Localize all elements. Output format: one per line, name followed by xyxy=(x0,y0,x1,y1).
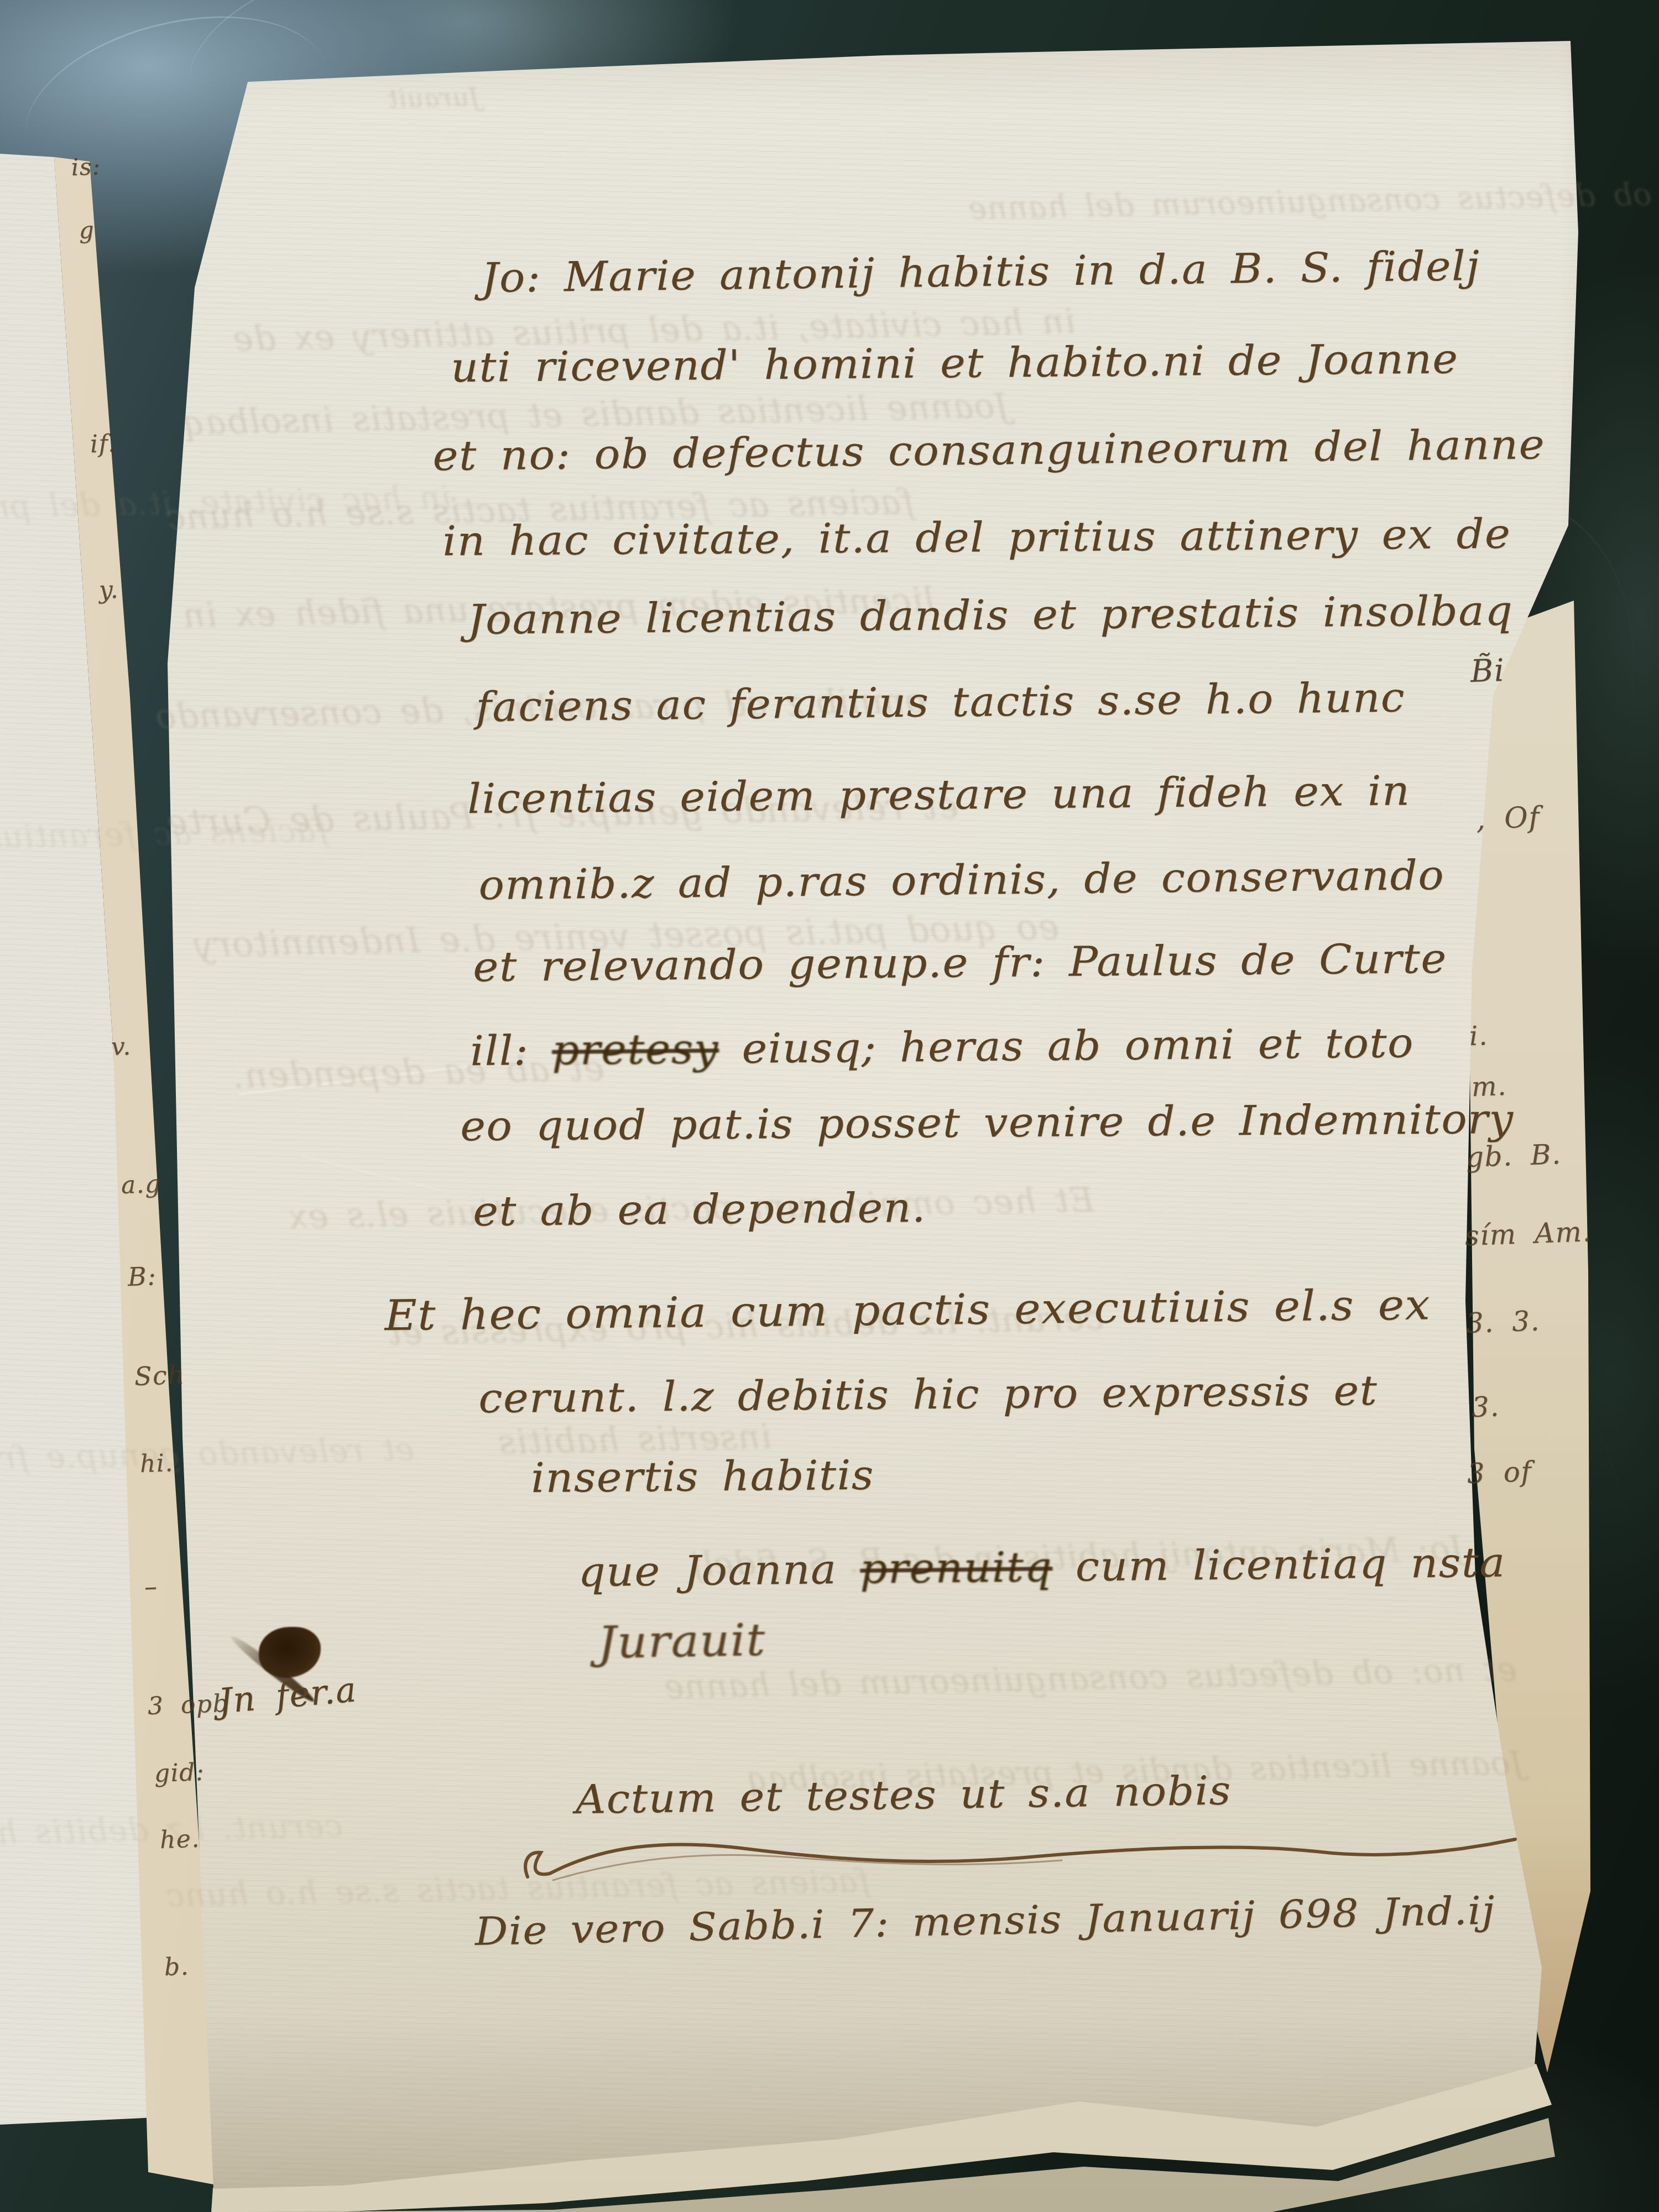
bleed-through-text: et no: ob defectus consanguineorum del h… xyxy=(663,1650,1517,1707)
manuscript-line-text: Et hec omnia cum pactis executiuis el.s … xyxy=(384,1280,1431,1340)
ink-layer: Jurauit et no: ob defectus consanguineor… xyxy=(0,0,1659,2212)
manuscript-line-text: omnib.z ad p.ras ordinis, de conservando xyxy=(478,852,1445,909)
manuscript-line: Jo: Marie antonij habitis in d.a B. S. f… xyxy=(481,242,1480,302)
manuscript-line: ill: pretesy eiusq; heras ab omni et tot… xyxy=(470,1019,1414,1075)
bleed-through-text: et no: ob defectus consanguineorum del h… xyxy=(967,174,1659,227)
manuscript-line: faciens ac ferantius tactis s.se h.o hun… xyxy=(476,674,1405,731)
manuscript-line: eo quod pat.is posset venire d.e Indemni… xyxy=(460,1095,1514,1150)
manuscript-line-text: et relevando genup.e fr: Paulus de Curte xyxy=(473,935,1447,991)
manuscript-line: Et hec omnia cum pactis executiuis el.s … xyxy=(384,1280,1431,1340)
manuscript-line-pre: ill: xyxy=(470,1027,552,1075)
margin-note-text: Jn fer.a xyxy=(217,1669,358,1721)
manuscript-line-text: faciens ac ferantius tactis s.se h.o hun… xyxy=(476,674,1405,731)
manuscript-line-pre: que Joanna xyxy=(578,1546,860,1596)
manuscript-line: omnib.z ad p.ras ordinis, de conservando xyxy=(478,852,1445,909)
manuscript-line: uti ricevend' homini et habito.ni de Joa… xyxy=(451,335,1459,392)
bleed-through-text: Jurauit xyxy=(387,82,479,113)
bleed-through-text: cerunt. l.z debitis hic pro expressis et xyxy=(0,1807,343,1859)
manuscript-line-text: cerunt. l.z debitis hic pro expressis et xyxy=(478,1367,1378,1422)
manuscript-line: et ab ea dependen. xyxy=(473,1184,926,1235)
manuscript-line: licentias eidem prestare una fideh ex in xyxy=(467,767,1411,823)
struck-word: prenuitq xyxy=(860,1543,1053,1593)
manuscript-line-text: licentias eidem prestare una fideh ex in xyxy=(467,767,1411,823)
margin-note: Jn fer.a xyxy=(217,1669,358,1721)
manuscript-photo: is: g if. y. v. a.g B: Sch hi. – 3 opb g… xyxy=(0,0,1659,2212)
manuscript-line: Joanne licentias dandis et prestatis ins… xyxy=(467,587,1514,644)
manuscript-line: cerunt. l.z debitis hic pro expressis et xyxy=(478,1367,1378,1422)
manuscript-line-text: et ab ea dependen. xyxy=(473,1184,926,1235)
manuscript-line: Actum et testes ut s.a nobis xyxy=(575,1767,1232,1823)
bleed-through-text: faciens ac ferantius tactis s.se h.o hun… xyxy=(0,811,328,864)
struck-word: pretesy xyxy=(552,1025,719,1074)
manuscript-line-text: insertis habitis xyxy=(531,1452,874,1502)
flourish-divider-line xyxy=(520,1824,1526,1896)
manuscript-line: insertis habitis xyxy=(531,1452,874,1502)
manuscript-line-text: eo quod pat.is posset venire d.e Indemni… xyxy=(460,1095,1514,1150)
manuscript-line-text: in hac civitate, it.a del pritius attine… xyxy=(442,510,1511,565)
manuscript-line: et relevando genup.e fr: Paulus de Curte xyxy=(473,935,1447,991)
manuscript-line: in hac civitate, it.a del pritius attine… xyxy=(442,510,1511,565)
bleed-through-text: et relevando genup.e fr: Paulus de Curte xyxy=(0,1430,415,1483)
manuscript-line: que Joanna prenuitq cum licentiaq nsta xyxy=(578,1538,1506,1596)
manuscript-line-text: uti ricevend' homini et habito.ni de Joa… xyxy=(451,335,1459,392)
manuscript-line: Jurauit xyxy=(597,1614,766,1668)
manuscript-line-text: Jurauit xyxy=(597,1614,766,1668)
manuscript-line-post: cum licentiaq nsta xyxy=(1052,1538,1506,1591)
manuscript-line-text: Jo: Marie antonij habitis in d.a B. S. f… xyxy=(481,242,1480,302)
manuscript-line-post: eiusq; heras ab omni et toto xyxy=(719,1019,1415,1073)
manuscript-line-text: Actum et testes ut s.a nobis xyxy=(575,1767,1232,1823)
manuscript-line-text: Joanne licentias dandis et prestatis ins… xyxy=(467,587,1514,644)
